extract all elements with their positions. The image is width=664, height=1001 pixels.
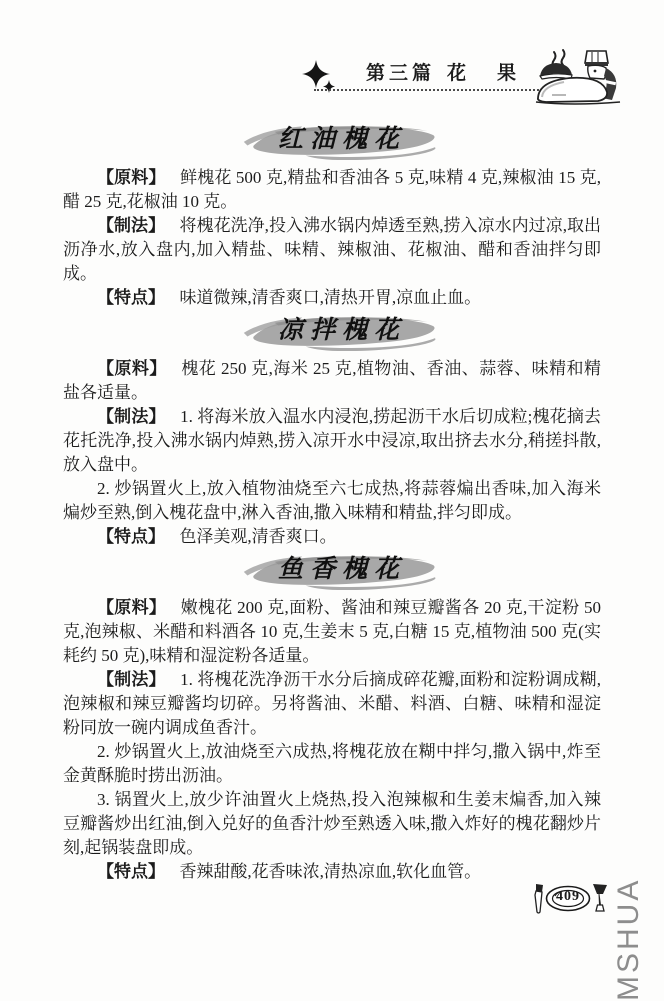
paragraph-text: 色泽美观,清香爽口。 <box>179 527 336 546</box>
watermark: MSHUA <box>612 861 652 1001</box>
method-paragraph: 【制法】1. 将槐花洗净沥干水分后摘成碎花瓣,面粉和淀粉调成糊,泡辣椒和辣豆瓣酱… <box>63 668 601 740</box>
recipe-title-text: 红油槐花 <box>278 120 406 160</box>
recipe-title: 鱼香槐花 <box>235 550 449 590</box>
paragraph-text: 香辣甜酸,花香味浓,清热凉血,软化血管。 <box>179 862 481 881</box>
chef-steaming-dish-icon <box>532 48 624 108</box>
page-header: 第三篇花 果 <box>302 58 552 98</box>
method-paragraph: 2. 炒锅置火上,放入植物油烧至六七成热,将蒜蓉煸出香味,加入海米煸炒至熟,倒入… <box>63 477 601 525</box>
features-paragraph: 【特点】香辣甜酸,花香味浓,清热凉血,软化血管。 <box>63 860 601 884</box>
paragraph-text: 味道微辣,清香爽口,清热开胃,凉血止血。 <box>179 288 481 307</box>
method-paragraph: 2. 炒锅置火上,放油烧至六成热,将槐花放在糊中拌匀,撒入锅中,炸至金黄酥脆时捞… <box>63 740 601 788</box>
knife-icon <box>532 883 546 915</box>
paragraph-label: 【原料】 <box>97 359 167 378</box>
features-paragraph: 【特点】色泽美观,清香爽口。 <box>63 525 601 549</box>
paragraph-text: 2. 炒锅置火上,放油烧至六成热,将槐花放在糊中拌匀,撒入锅中,炸至金黄酥脆时捞… <box>63 742 601 785</box>
recipe-title-text: 鱼香槐花 <box>278 550 406 590</box>
method-paragraph: 【制法】1. 将海米放入温水内浸泡,捞起沥干水后切成粒;槐花摘去花托洗净,投入沸… <box>63 405 601 477</box>
recipe-yuxiang-huaihua: 鱼香槐花 【原料】嫩槐花 200 克,面粉、酱油和辣豆瓣酱各 20 克,干淀粉 … <box>63 550 601 884</box>
recipe-title-text: 凉拌槐花 <box>278 311 406 351</box>
paragraph-label: 【制法】 <box>97 407 166 426</box>
paragraph-text: 3. 锅置火上,放少许油置火上烧热,投入泡辣椒和生姜末煸香,加入辣豆瓣酱炒出红油… <box>63 790 601 857</box>
recipe-hongyou-huaihua: 红油槐花 【原料】鲜槐花 500 克,精盐和香油各 5 克,味精 4 克,辣椒油… <box>63 120 601 310</box>
recipe-liangban-huaihua: 凉拌槐花 【原料】槐花 250 克,海米 25 克,植物油、香油、蒜蓉、味精和精… <box>63 311 601 549</box>
recipe-title: 红油槐花 <box>235 120 449 160</box>
page-content: 红油槐花 【原料】鲜槐花 500 克,精盐和香油各 5 克,味精 4 克,辣椒油… <box>63 120 601 885</box>
paragraph-label: 【制法】 <box>97 670 166 689</box>
page-number: 409 <box>545 889 591 905</box>
goblet-icon <box>591 882 609 914</box>
section-label: 第三篇 <box>366 63 435 84</box>
paragraph-label: 【原料】 <box>97 598 166 617</box>
dotted-rule <box>314 89 546 91</box>
paragraph-label: 【原料】 <box>97 168 166 187</box>
paragraph-label: 【制法】 <box>97 216 165 235</box>
paragraph-label: 【特点】 <box>97 288 165 307</box>
paragraph-text: 2. 炒锅置火上,放入植物油烧至六七成热,将蒜蓉煸出香味,加入海米煸炒至熟,倒入… <box>63 479 601 522</box>
paragraph-label: 【特点】 <box>97 527 165 546</box>
book-page: 第三篇花 果 红油槐花 【原料 <box>0 0 664 1001</box>
sparkle-icon <box>302 60 342 100</box>
ingredients-paragraph: 【原料】槐花 250 克,海米 25 克,植物油、香油、蒜蓉、味精和精盐各适量。 <box>63 357 601 405</box>
features-paragraph: 【特点】味道微辣,清香爽口,清热开胃,凉血止血。 <box>63 286 601 310</box>
ingredients-paragraph: 【原料】鲜槐花 500 克,精盐和香油各 5 克,味精 4 克,辣椒油 15 克… <box>63 166 601 214</box>
section-title: 花 果 <box>447 63 522 84</box>
paragraph-label: 【特点】 <box>97 862 165 881</box>
ingredients-paragraph: 【原料】嫩槐花 200 克,面粉、酱油和辣豆瓣酱各 20 克,干淀粉 50 克,… <box>63 596 601 668</box>
section-heading: 第三篇花 果 <box>366 58 522 85</box>
method-paragraph: 【制法】将槐花洗净,投入沸水锅内焯透至熟,捞入凉水内过凉,取出沥净水,放入盘内,… <box>63 214 601 286</box>
method-paragraph: 3. 锅置火上,放少许油置火上烧热,投入泡辣椒和生姜末煸香,加入辣豆瓣酱炒出红油… <box>63 788 601 860</box>
recipe-title: 凉拌槐花 <box>235 311 449 351</box>
